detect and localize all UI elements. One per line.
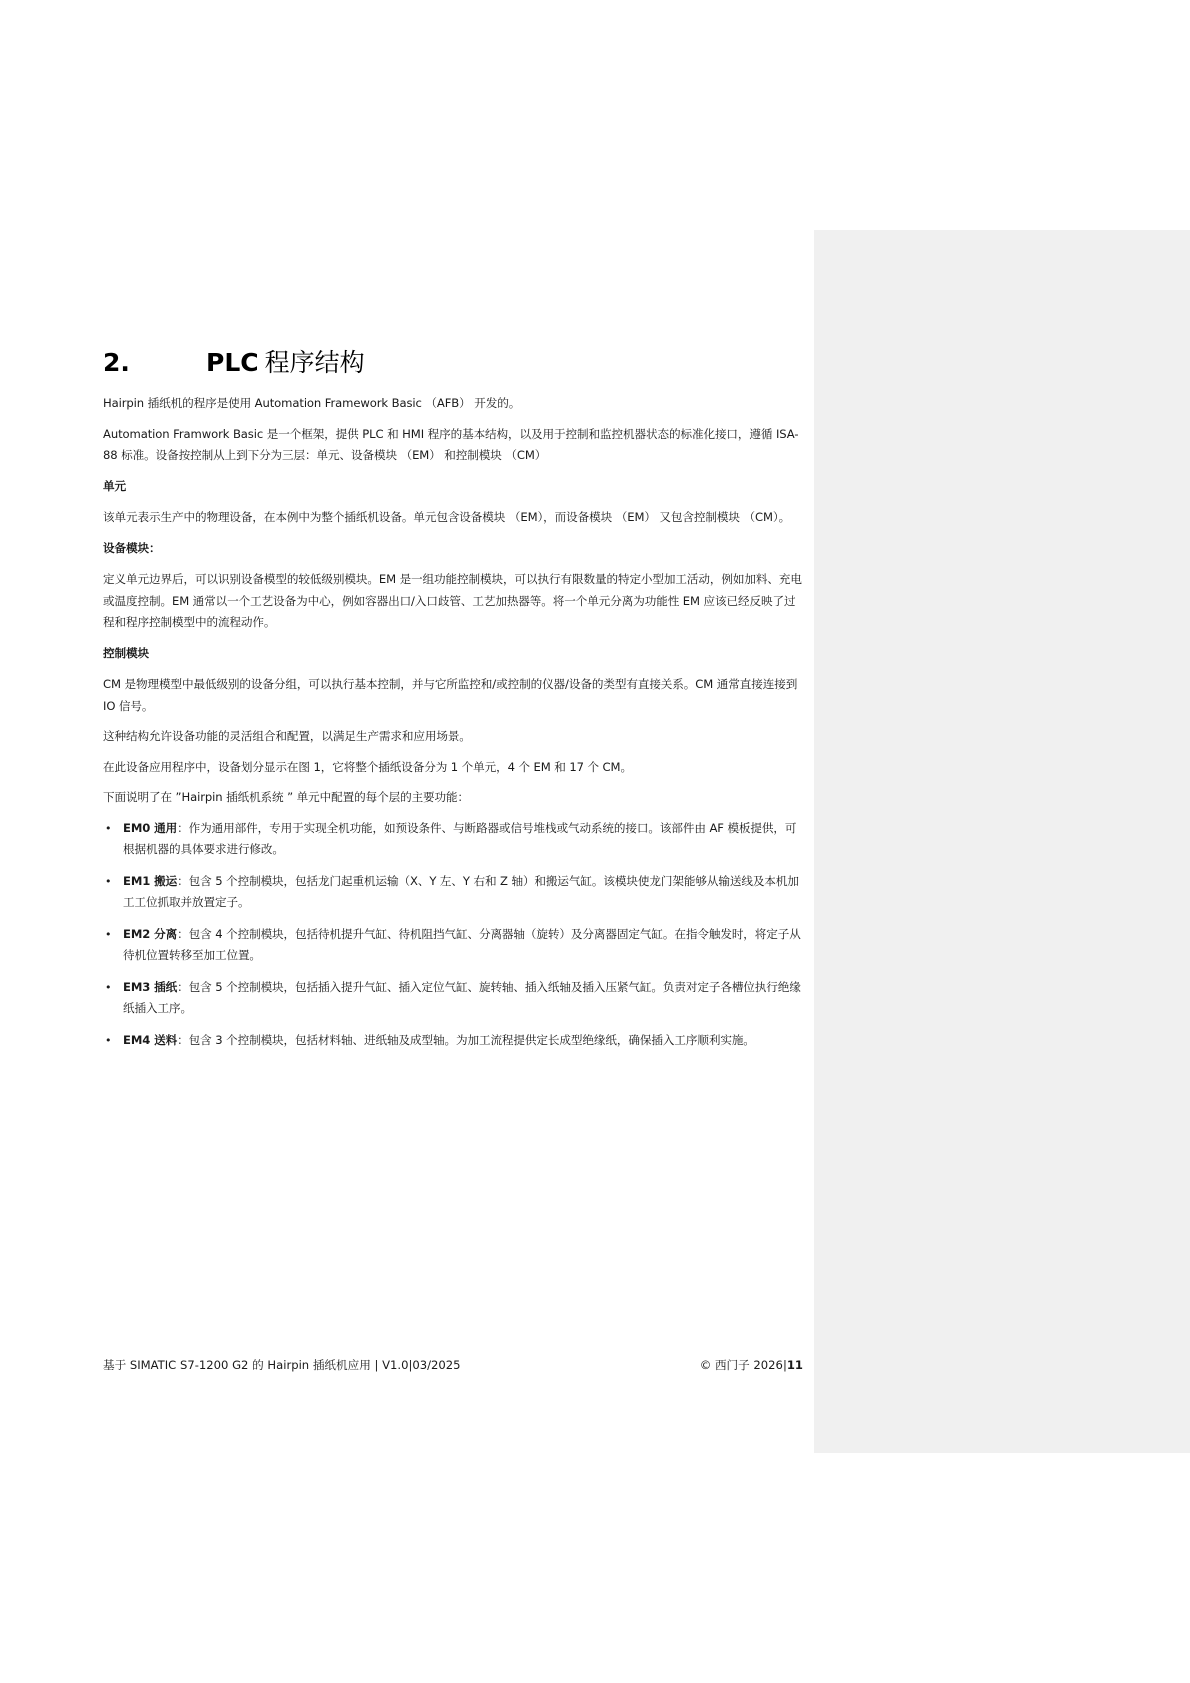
equipment-module-list: • EM0 通用：作为通用部件，专用于实现全机功能，如预设条件、与断路器或信号堆… — [103, 818, 803, 1052]
list-item-em1: • EM1 搬运：包含 5 个控制模块，包括龙门起重机运输（X、Y 左、Y 右和… — [103, 871, 803, 914]
em-text: ：包含 5 个控制模块，包括插入提升气缸、插入定位气缸、旋转轴、插入纸轴及插入压… — [123, 980, 801, 1016]
equipment-module-description: 定义单元边界后，可以识别设备模型的较低级别模块。EM 是一组功能控制模块，可以执… — [103, 569, 803, 634]
list-item-em0: • EM0 通用：作为通用部件，专用于实现全机功能，如预设条件、与断路器或信号堆… — [103, 818, 803, 861]
section-title-cjk: 程序结构 — [265, 347, 365, 379]
unit-description: 该单元表示生产中的物理设备，在本例中为整个插纸机设备。单元包含设备模块 （EM）… — [103, 507, 803, 529]
footer-document-info: 基于 SIMATIC S7-1200 G2 的 Hairpin 插纸机应用 | … — [103, 1355, 461, 1375]
bullet-icon: • — [105, 977, 111, 999]
comment-pane — [814, 230, 1190, 1453]
control-module-heading: 控制模块 — [103, 643, 803, 665]
em-text: ：包含 4 个控制模块，包括待机提升气缸、待机阻挡气缸、分离器轴（旋转）及分离器… — [123, 927, 801, 963]
list-item-em2: • EM2 分离：包含 4 个控制模块，包括待机提升气缸、待机阻挡气缸、分离器轴… — [103, 924, 803, 967]
em-label: EM2 分离 — [123, 927, 177, 941]
equipment-module-heading: 设备模块： — [103, 538, 803, 560]
control-module-description: CM 是物理模型中最低级别的设备分组，可以执行基本控制，并与它所监控和/或控制的… — [103, 674, 803, 717]
division-paragraph: 在此设备应用程序中，设备划分显示在图 1，它将整个插纸设备分为 1 个单元，4 … — [103, 757, 803, 779]
bullet-icon: • — [105, 818, 111, 840]
em-label: EM1 搬运 — [123, 874, 177, 888]
page-number: 11 — [787, 1358, 803, 1372]
em-text: ：包含 5 个控制模块，包括龙门起重机运输（X、Y 左、Y 右和 Z 轴）和搬运… — [123, 874, 799, 910]
intro-paragraph: Hairpin 插纸机的程序是使用 Automation Framework B… — [103, 393, 803, 415]
section-heading: 2. PLC 程序结构 — [103, 347, 803, 379]
unit-heading: 单元 — [103, 476, 803, 498]
section-number: 2. — [103, 347, 206, 379]
em-label: EM4 送料 — [123, 1033, 177, 1047]
list-intro: 下面说明了在 ”Hairpin 插纸机系统 ” 单元中配置的每个层的主要功能： — [103, 787, 803, 809]
footer-copyright-block: © 西门子 2026|11 — [700, 1355, 803, 1375]
em-text: ：作为通用部件，专用于实现全机功能，如预设条件、与断路器或信号堆栈或气动系统的接… — [123, 821, 796, 857]
em-label: EM0 通用 — [123, 821, 177, 835]
page-footer: 基于 SIMATIC S7-1200 G2 的 Hairpin 插纸机应用 | … — [103, 1355, 803, 1375]
afb-description: Automation Framwork Basic 是一个框架，提供 PLC 和… — [103, 424, 803, 467]
em-label: EM3 插纸 — [123, 980, 177, 994]
list-item-em3: • EM3 插纸：包含 5 个控制模块，包括插入提升气缸、插入定位气缸、旋转轴、… — [103, 977, 803, 1020]
section-title-latin: PLC — [206, 347, 259, 379]
list-item-em4: • EM4 送料：包含 3 个控制模块，包括材料轴、进纸轴及成型轴。为加工流程提… — [103, 1030, 803, 1052]
em-text: ：包含 3 个控制模块，包括材料轴、进纸轴及成型轴。为加工流程提供定长成型绝缘纸… — [177, 1033, 755, 1047]
footer-copyright: © 西门子 2026| — [700, 1358, 787, 1372]
bullet-icon: • — [105, 871, 111, 893]
flexibility-paragraph: 这种结构允许设备功能的灵活组合和配置，以满足生产需求和应用场景。 — [103, 726, 803, 748]
bullet-icon: • — [105, 924, 111, 946]
page-body: 2. PLC 程序结构 Hairpin 插纸机的程序是使用 Automation… — [103, 347, 803, 1061]
bullet-icon: • — [105, 1030, 111, 1052]
